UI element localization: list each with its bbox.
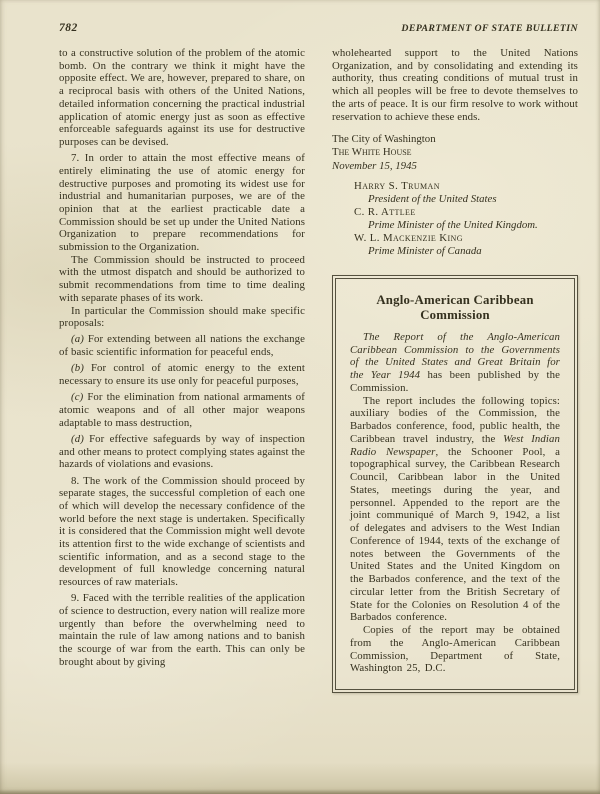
dateline-line: The White House	[332, 146, 578, 159]
journal-title: DEPARTMENT OF STATE BULLETIN	[401, 23, 578, 34]
paragraph: The Report of the Anglo-American Caribbe…	[350, 331, 560, 395]
paragraph: (a) For extending between all nations th…	[59, 333, 305, 358]
paragraph: 8. The work of the Commission should pro…	[59, 475, 305, 589]
paragraph: wholehearted support to the United Natio…	[332, 47, 578, 123]
paragraph: (d) For effective safeguards by way of i…	[59, 433, 305, 471]
caribbean-commission-box: Anglo-American Caribbean Commission The …	[332, 275, 578, 693]
paragraph: In particular the Commission should make…	[59, 305, 305, 330]
dateline-line: The City of Washington	[332, 133, 578, 146]
paragraph: (b) For control of atomic energy to the …	[59, 362, 305, 387]
right-column: wholehearted support to the United Natio…	[332, 47, 578, 693]
signatory-name: W. L. Mackenzie King	[354, 232, 578, 245]
signatory-title: President of the United States	[368, 193, 578, 206]
document-page: 782 DEPARTMENT OF STATE BULLETIN to a co…	[0, 0, 600, 794]
dateline: The City of WashingtonThe White HouseNov…	[332, 133, 578, 173]
paragraph: The report includes the following topics…	[350, 395, 560, 625]
paragraph: to a constructive solution of the proble…	[59, 47, 305, 149]
paragraph: The Commission should be instructed to p…	[59, 254, 305, 305]
page-header: 782 DEPARTMENT OF STATE BULLETIN	[59, 22, 578, 34]
paragraph: 9. Faced with the terrible realities of …	[59, 592, 305, 668]
right-column-text: wholehearted support to the United Natio…	[332, 47, 578, 123]
signatory-title: Prime Minister of Canada	[368, 245, 578, 258]
page-number: 782	[59, 22, 78, 34]
box-title: Anglo-American Caribbean Commission	[350, 293, 560, 324]
paragraph: 7. In order to attain the most effective…	[59, 152, 305, 254]
box-body: The Report of the Anglo-American Caribbe…	[350, 331, 560, 675]
signatory-name: Harry S. Truman	[354, 180, 578, 193]
signatory-title: Prime Minister of the United Kingdom.	[368, 219, 578, 232]
signature-block: Harry S. TrumanPresident of the United S…	[332, 180, 578, 258]
left-column: to a constructive solution of the proble…	[59, 47, 305, 693]
caribbean-commission-box-inner: Anglo-American Caribbean Commission The …	[335, 278, 575, 690]
paragraph: (c) For the elimination from national ar…	[59, 391, 305, 429]
dateline-line: November 15, 1945	[332, 160, 578, 173]
paragraph: Copies of the report may be obtained fro…	[350, 624, 560, 675]
signatory-name: C. R. Attlee	[354, 206, 578, 219]
two-column-layout: to a constructive solution of the proble…	[59, 47, 578, 693]
